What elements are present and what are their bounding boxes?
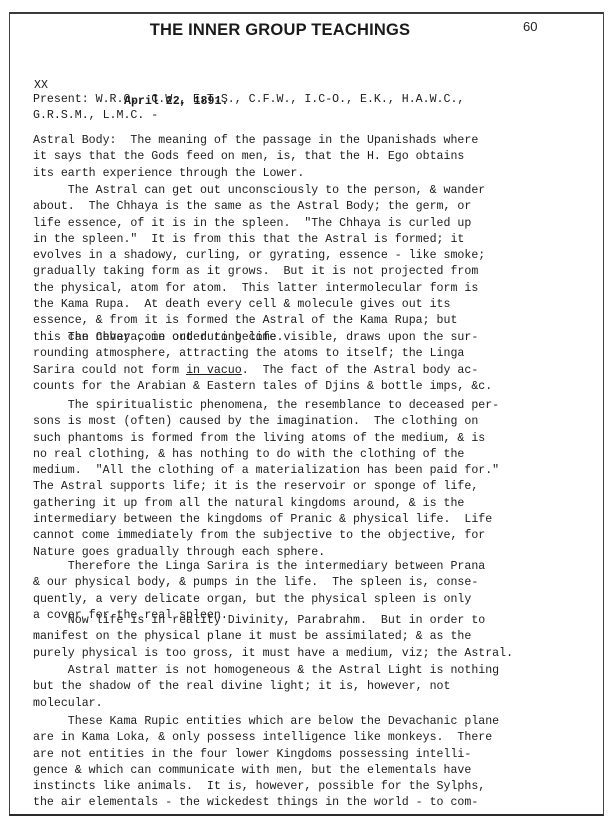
text-line: life essence, of it is in the spleen. "T… [33,216,593,232]
text-line: instincts like animals. It is, however, … [33,779,593,795]
text-line: gence & which can communicate with men, … [33,763,593,779]
text-line: Astral Body: The meaning of the passage … [33,133,593,149]
attendees: Present: W.R.O., C.W., E.T.S., C.F.W., I… [33,92,593,125]
text-line: are not entities in the four lower Kingd… [33,747,593,763]
text-line: counts for the Arabian & Eastern tales o… [33,379,593,395]
text-line: it says that the Gods feed on men, is, t… [33,149,593,165]
text-line: the physical, atom for atom. This latter… [33,281,593,297]
attendees-line: G.R.S.M., L.M.C. - [33,108,593,124]
text-line: are in Kama Loka, & only possess intelli… [33,730,593,746]
paragraph: Now life is in reality Divinity, Parabra… [33,613,593,662]
text-line: sons is most (often) caused by the imagi… [33,414,593,430]
text-line: gradually taking form as it grows. But i… [33,264,593,280]
text-line: cannot come immediately from the subject… [33,528,593,544]
text-line: the air elementals - the wickedest thing… [33,795,593,811]
text-line: The spiritualistic phenomena, the resemb… [33,398,593,414]
paragraph: These Kama Rupic entities which are belo… [33,714,593,812]
paragraph: The Astral can get out unconsciously to … [33,183,593,346]
paragraph: Astral Body: The meaning of the passage … [33,133,593,182]
text-line: These Kama Rupic entities which are belo… [33,714,593,730]
text-line: such phantoms is formed from the living … [33,431,593,447]
text-line: molecular. [33,696,593,712]
underlined-phrase: in vacuo [186,364,242,377]
paragraph: The spiritualistic phenomena, the resemb… [33,398,593,561]
text-line: in the spleen." It is from this that the… [33,232,593,248]
text-line: essence, & from it is formed the Astral … [33,313,593,329]
page-title: THE INNER GROUP TEACHINGS [0,21,560,40]
text-line: its earth experience through the Lower. [33,166,593,182]
attendees-line: Present: W.R.O., C.W., E.T.S., C.F.W., I… [33,92,593,108]
text-line: gathering it up from all the natural kin… [33,496,593,512]
page-number: 60 [523,19,537,34]
text-line: but the shadow of the real divine light;… [33,679,593,695]
text-line: rounding atmosphere, attracting the atom… [33,346,593,362]
text-line: The Astral supports life; it is the rese… [33,479,593,495]
text-line: no real clothing, & has nothing to do wi… [33,447,593,463]
text-line: Sarira could not form in vacuo. The fact… [33,363,593,379]
text-line: intermediary between the kingdoms of Pra… [33,512,593,528]
text-line: Now life is in reality Divinity, Parabra… [33,613,593,629]
text-line: Therefore the Linga Sarira is the interm… [33,559,593,575]
text-line: the Kama Rupa. At death every cell & mol… [33,297,593,313]
text-line: Astral matter is not homogeneous & the A… [33,663,593,679]
paragraph: The Chhaya, in order to become visible, … [33,330,593,395]
text-line: & our physical body, & pumps in the life… [33,575,593,591]
text-line: evolves in a shadowy, curling, or gyrati… [33,248,593,264]
paragraph: Astral matter is not homogeneous & the A… [33,663,593,712]
text-line: The Astral can get out unconsciously to … [33,183,593,199]
text-line: quently, a very delicate organ, but the … [33,592,593,608]
text-line: purely physical is too gross, it must ha… [33,646,593,662]
text-line: medium. "All the clothing of a materiali… [33,463,593,479]
text-line: manifest on the physical plane it must b… [33,629,593,645]
text-line: about. The Chhaya is the same as the Ast… [33,199,593,215]
text-line: The Chhaya, in order to become visible, … [33,330,593,346]
